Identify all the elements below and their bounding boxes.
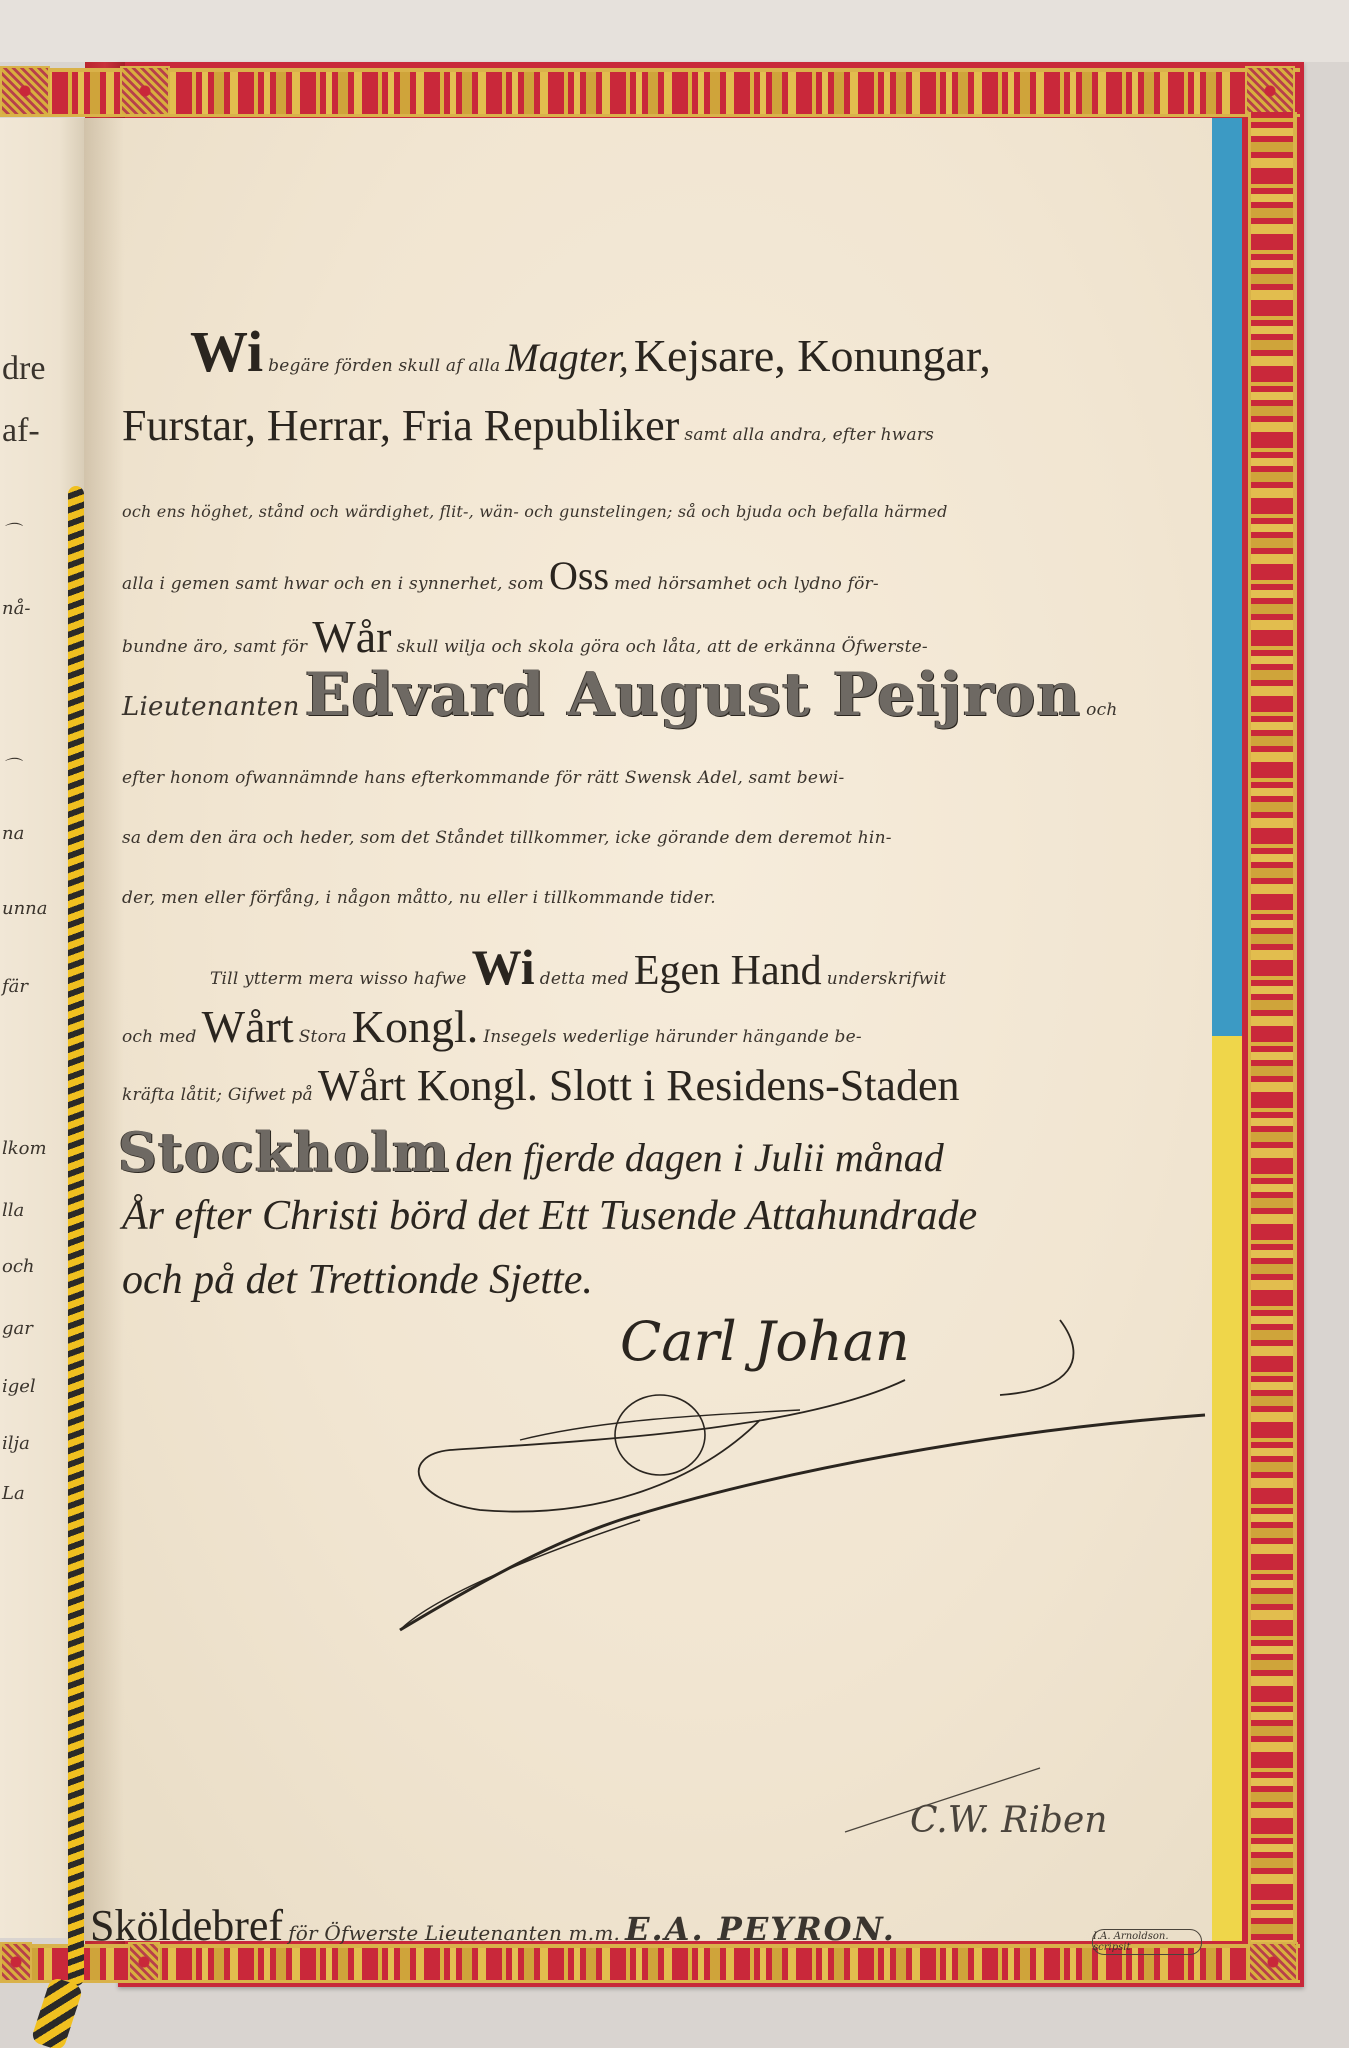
bookmark-cord xyxy=(68,486,84,1986)
footer-title: Sköldebref xyxy=(90,1901,283,1950)
countersignature: C.W. Riben xyxy=(910,1800,1107,1841)
signature-flourish xyxy=(0,0,1349,2048)
footer-name: E.A. PEYRON. xyxy=(625,1910,896,1948)
footer-title-line: Sköldebref för Öfwerste Lieutenanten m.m… xyxy=(90,1900,896,1951)
engraver-mark: I.A. Arnoldson. scripsit xyxy=(1092,1929,1202,1955)
